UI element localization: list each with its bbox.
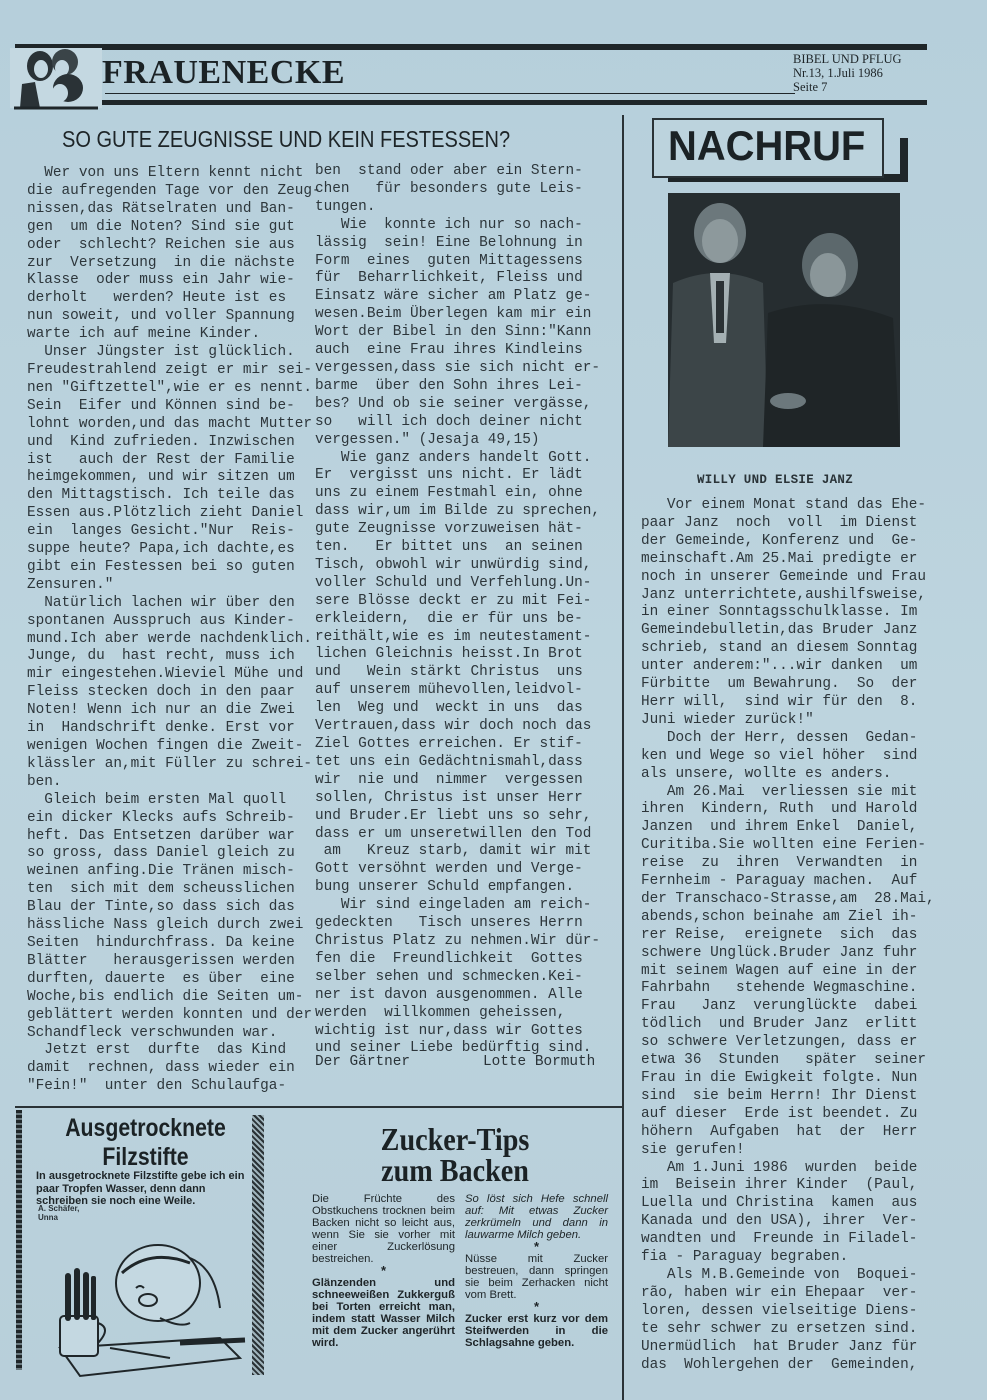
text-line: Christus Platz zu nehmen.Wir dür- [315,933,600,951]
text-line: gibt ein Festessen bei so guten [27,559,321,577]
text-line: derholt werden? Heute ist es [27,290,321,308]
obituary-title: NACHRUF [668,122,865,170]
text-line: klässler an,mit Füller zu schrei- [27,756,321,774]
text-line: vergessen." (Jesaja 49,15) [315,432,600,450]
text-line: Als M.B.Gemeinde von Boquei- [641,1267,935,1285]
text-line: wandten und Freunde in Filadel- [641,1231,935,1249]
text-line: auch eine Frau ihres Kindleins [315,342,600,360]
text-line: Frau in die Ewigkeit folgte. Nun [641,1070,935,1088]
text-line: und Kind zufrieden. Inzwischen [27,434,321,452]
text-line: Wie konnte ich nur so nach- [315,217,600,235]
header-rule-thin [105,93,795,94]
text-line: weinen anfing.Die Tränen misch- [27,863,321,881]
text-line: "Fein!" unter den Schulaufga- [27,1078,321,1096]
text-line: so gross, dass Daniel gleich zu [27,845,321,863]
text-line: ein langes Gesicht."Nur Reis- [27,523,321,541]
text-line: Ziel Gottes erreichen. Er stif- [315,736,600,754]
asterisk-separator-icon: * [465,1241,608,1253]
text-line: als unsere, wollte es anders. [641,766,935,784]
text-line: Gleich beim ersten Mal quoll [27,792,321,810]
zucker-title-line2: zum Backen [345,1155,565,1186]
text-line: ben stand oder aber ein Stern- [315,163,600,181]
text-line: ner ist davon ausgenommen. Alle [315,987,600,1005]
text-line: Janzen und ihrem Enkel Daniel, [641,819,935,837]
filzstifte-author: A. Schäfer, Unna [38,1204,79,1222]
obituary-text: Vor einem Monat stand das Ehe-paar Janz … [641,497,935,1374]
text-line: mund.Ich aber werde nachdenklich. [27,631,321,649]
text-line: lichen Gleichnis heisst.In Brot [315,646,600,664]
text-line: wichtig ist nur,dass wir Gottes [315,1023,600,1041]
text-line: len Weg und weckt in uns das [315,700,600,718]
text-line: heft. Das Entsetzen darüber war [27,828,321,846]
text-line: nun soweit, und voller Spannung [27,308,321,326]
text-line: Doch der Herr, dessen Gedan- [641,730,935,748]
text-line: Blätter herausgerissen werden [27,953,321,971]
text-line: Zensuren." [27,577,321,595]
text-line: selber sehen und schmecken.Kei- [315,969,600,987]
couple-photo [668,193,900,447]
text-line: Herr will, sind wir für den 8. [641,694,935,712]
text-line: Jetzt erst durfte das Kind [27,1042,321,1060]
text-line: höhern Aufgaben hat der Herr [641,1124,935,1142]
text-line: tödlich und Bruder Janz erlitt [641,1016,935,1034]
text-line: Freudestrahlend zeigt er mir sei- [27,362,321,380]
text-line: geblättert werden konnten und der [27,1007,321,1025]
text-line: das Wohlergehen der Gemeinden, [641,1357,935,1375]
page-number: Seite 7 [793,80,902,94]
text-line: erkleidern, die er für uns be- [315,611,600,629]
zucker-tips-left-column: Die Früchte des Obstkuchens trocknen bei… [312,1193,455,1349]
publication-name: BIBEL UND PFLUG [793,52,902,66]
text-line: voller Schuld und Verfehlung.Un- [315,575,600,593]
text-line: lohnt worden,und das macht Mutter [27,416,321,434]
text-line: tungen. [315,199,600,217]
text-line: Klasse oder muss ein Jahr wie- [27,272,321,290]
text-line: warte ich auf meine Kinder. [27,326,321,344]
text-line: noch in unserer Gemeinde und Frau [641,569,935,587]
text-line: lässig sein! Eine Belohnung in [315,235,600,253]
text-line: spontanen Ausspruch aus Kinder- [27,613,321,631]
text-line: Janz unterrichtete,aushilfsweise, [641,587,935,605]
text-line: ihren Kindern, Ruth und Harold [641,801,935,819]
text-line: Fahrbahn stehende Wegmaschine. [641,980,935,998]
decorative-border-right [252,1115,264,1375]
publication-info: BIBEL UND PFLUG Nr.13, 1.Juli 1986 Seite… [793,52,902,94]
header-rule-top [15,44,927,50]
text-line: Luella und Christina kamen aus [641,1195,935,1213]
text-line: Juni wieder zurück!" [641,712,935,730]
text-line: oder schlecht? Reichen sie aus [27,237,321,255]
signature-left: Der Gärtner [315,1054,410,1070]
text-line: chen für besonders gute Leis- [315,181,600,199]
text-line: ben. [27,774,321,792]
zucker-tip-4: Nüsse mit Zucker bestreuen, dann springe… [465,1253,608,1301]
text-line: gedeckten Tisch unseres Herrn [315,915,600,933]
zucker-tip-5: Zucker erst kurz vor dem Steifwerden in … [465,1313,608,1349]
text-line: Curitiba.Sie wollten eine Ferien- [641,837,935,855]
text-line: am Kreuz starb, damit wir mit [315,843,600,861]
text-line: fen die Freundlichkeit Gottes [315,951,600,969]
text-line: ein dicker Klecks aufs Schreib- [27,810,321,828]
text-line: für Beharrlichkeit, Fleiss und [315,270,600,288]
text-line: Blau der Tinte,so dass sich das [27,899,321,917]
text-line: werden willkommen geheissen, [315,1005,600,1023]
text-line: etwa 36 Stunden später seiner [641,1052,935,1070]
zucker-tip-1: Die Früchte des Obstkuchens trocknen bei… [312,1193,455,1265]
text-line: so will ich doch deiner nicht [315,414,600,432]
column-divider [622,115,624,1400]
text-line: wesen.Beim Überlegen kam mir ein [315,306,600,324]
text-line: Fürbitte um Bewahrung. So der [641,676,935,694]
text-line: im Beisein ihrer Kinder (Paul, [641,1177,935,1195]
text-line: Fleiss stecken doch in den paar [27,684,321,702]
filzstifte-title: Ausgetrocknete Filzstifte [63,1114,229,1172]
zucker-tips-right-column: So löst sich Hefe schnell auf: Mit etwas… [465,1193,608,1349]
asterisk-separator-icon: * [312,1265,455,1277]
girl-at-desk-cartoon-icon [40,1228,250,1378]
text-line: nen "Giftzettel",wie er es nennt. [27,380,321,398]
text-line: Wort der Bibel in den Sinn:"Kann [315,324,600,342]
text-line: ist auch der Rest der Familie [27,452,321,470]
text-line: der Gemeinde, Konferenz und Ge- [641,533,935,551]
zucker-title-line1: Zucker-Tips [345,1124,565,1155]
text-line: Seiten hindurchfrass. Da keine [27,935,321,953]
text-line: ten. Er bittet uns an seinen [315,539,600,557]
text-line: ten sich mit dem scheusslichen [27,881,321,899]
text-line: uns zu einem Festmahl ein, ohne [315,485,600,503]
filzstifte-text: In ausgetrocknete Filzstifte gebe ich ei… [36,1170,246,1208]
text-line: schrieb, stand an diesem Sonntag [641,640,935,658]
text-line: auf unserem mühevollen,leidvol- [315,682,600,700]
article-column-2: ben stand oder aber ein Stern-chen für b… [315,163,600,1058]
author-name: A. Schäfer, [38,1204,79,1213]
text-line: unter anderem:"...wir danken um [641,658,935,676]
text-line: vergessen,dass sie sich nicht er- [315,360,600,378]
text-line: hässliche Nass gleich durch zwei [27,917,321,935]
text-line: Am 26.Mai verliessen sie mit [641,784,935,802]
text-line: dass wir,um im Bilde zu sprechen, [315,503,600,521]
text-line: Woche,bis endlich die Seiten um- [27,989,321,1007]
asterisk-separator-icon: * [465,1301,608,1313]
text-line: Wir sind eingeladen am reich- [315,897,600,915]
text-line: Vor einem Monat stand das Ehe- [641,497,935,515]
text-line: schwere Unglück.Bruder Janz fuhr [641,945,935,963]
text-line: heimgekommen, und wir sitzen um [27,469,321,487]
text-line: auf dieser Erde ist beendet. Zu [641,1106,935,1124]
zucker-tips-title: Zucker-Tips zum Backen [345,1124,565,1186]
text-line: meinschaft.Am 25.Mai predigte er [641,551,935,569]
text-line: sere Blösse deckt er zu mit Fei- [315,593,600,611]
text-line: mit seinem Wagen auf eine in der [641,963,935,981]
signature-author: Lotte Bormuth [483,1054,595,1070]
text-line: te sehr schwer zu ersetzen sind. [641,1321,935,1339]
text-line: ken und Wege so viel höher sind [641,748,935,766]
text-line: sollen, Christus ist unser Herr [315,790,600,808]
text-line: Unser Jüngster ist glücklich. [27,344,321,362]
text-line: fia - Paraguay begraben. [641,1249,935,1267]
zucker-tip-3: So löst sich Hefe schnell auf: Mit etwas… [465,1193,608,1241]
text-line: so schwere Verletzungen, dass er [641,1034,935,1052]
text-line: Junge, du hast recht, muss ich [27,648,321,666]
text-line: bung unserer Schuld empfangen. [315,879,600,897]
title-box-shadow [900,138,908,182]
text-line: Sein Eifer und Können sind be- [27,398,321,416]
text-line: tet uns ein Gedächtnismahl,dass [315,754,600,772]
text-line: und Wein stärkt Christus uns [315,664,600,682]
text-line: Noten! Wenn ich nur an die Zwei [27,702,321,720]
text-line: loren, dessen vielseitige Diens- [641,1303,935,1321]
article-column-1: Wer von uns Eltern kennt nichtdie aufreg… [27,165,321,1096]
text-line: suppe heute? Papa,ich dachte,es [27,541,321,559]
header-rule-bottom [15,100,927,105]
text-line: wenigen Wochen fingen die Zweit- [27,738,321,756]
text-line: der Transchaco-Strasse,am 28.Mai, [641,891,935,909]
author-city: Unna [38,1213,79,1222]
text-line: Vertrauen,dass wir doch noch das [315,718,600,736]
text-line: in einer Sonntagsschulklasse. Im [641,604,935,622]
text-line: gen um die Noten? Sind sie gut [27,219,321,237]
issue-date: Nr.13, 1.Juli 1986 [793,66,902,80]
text-line: Er vergisst uns nicht. Er lädt [315,467,600,485]
text-line: wir nie und nimmer vergessen [315,772,600,790]
text-line: abends,schon beinahe am Ziel ih- [641,909,935,927]
text-line: Wie ganz anders handelt Gott. [315,450,600,468]
text-line: Frau Janz verunglückte dabei [641,998,935,1016]
text-line: Kanada und den USA), ihrer Ver- [641,1213,935,1231]
zucker-tip-2: Glänzenden und schneeweißen Zukkerguß be… [312,1277,455,1349]
text-line: in Handschrift denke. Erst vor [27,720,321,738]
text-line: Unermüdlich hat Bruder Janz für [641,1339,935,1357]
section-masthead: FRAUENECKE [102,54,345,92]
text-line: Natürlich lachen wir über den [27,595,321,613]
text-line: Einsatz wäre sicher am Platz ge- [315,288,600,306]
text-line: Gott versöhnt werden und Verge- [315,861,600,879]
text-line: und Bruder.Er liebt uns so sehr, [315,808,600,826]
text-line: Schandfleck verschwunden war. [27,1025,321,1043]
text-line: Wer von uns Eltern kennt nicht [27,165,321,183]
text-line: Gemeindebulletin,das Bruder Janz [641,622,935,640]
text-line: gute Zeugnisse vorzuweisen hät- [315,521,600,539]
photo-caption: WILLY UND ELSIE JANZ [697,473,853,487]
text-line: rão, haben wir ein Ehepaar ver- [641,1285,935,1303]
text-line: nissen,das Rätselraten und Ban- [27,201,321,219]
text-line: mir eingestehen.Wieviel Mühe und [27,666,321,684]
text-line: reithält,wie es im neutestament- [315,629,600,647]
women-group-illustration-icon [10,44,102,112]
text-line: zur Versetzung in die nächste [27,255,321,273]
text-line: Essen aus.Plötzlich zieht Daniel [27,505,321,523]
text-line: durften, dauerte es über eine [27,971,321,989]
text-line: reise zu ihren Verwandten in [641,855,935,873]
text-line: bes? Und ob sie seiner vergässe, [315,396,600,414]
article-headline: SO GUTE ZEUGNISSE UND KEIN FESTESSEN? [62,126,510,153]
text-line: den Mittagstisch. Ich teile das [27,487,321,505]
text-line: paar Janz noch voll im Dienst [641,515,935,533]
text-line: die aufregenden Tage vor den Zeug- [27,183,321,201]
text-line: sie gerufen! [641,1142,935,1160]
decorative-border-left [16,1110,22,1370]
text-line: Fernheim - Paraguay machen. Auf [641,873,935,891]
text-line: Am 1.Juni 1986 wurden beide [641,1160,935,1178]
text-line: Form eines guten Mittagessens [315,253,600,271]
text-line: dass er um unseretwillen den Tod [315,826,600,844]
text-line: sind sie beim Herrn! Ihr Dienst [641,1088,935,1106]
text-line: rer Reise, ereignete sich das [641,927,935,945]
text-line: barme über den Sohn ihres Lei- [315,378,600,396]
text-line: damit rechnen, dass wieder ein [27,1060,321,1078]
text-line: Tisch, obwohl wir unwürdig sind, [315,557,600,575]
newspaper-page: FRAUENECKE BIBEL UND PFLUG Nr.13, 1.Juli… [0,0,987,1400]
